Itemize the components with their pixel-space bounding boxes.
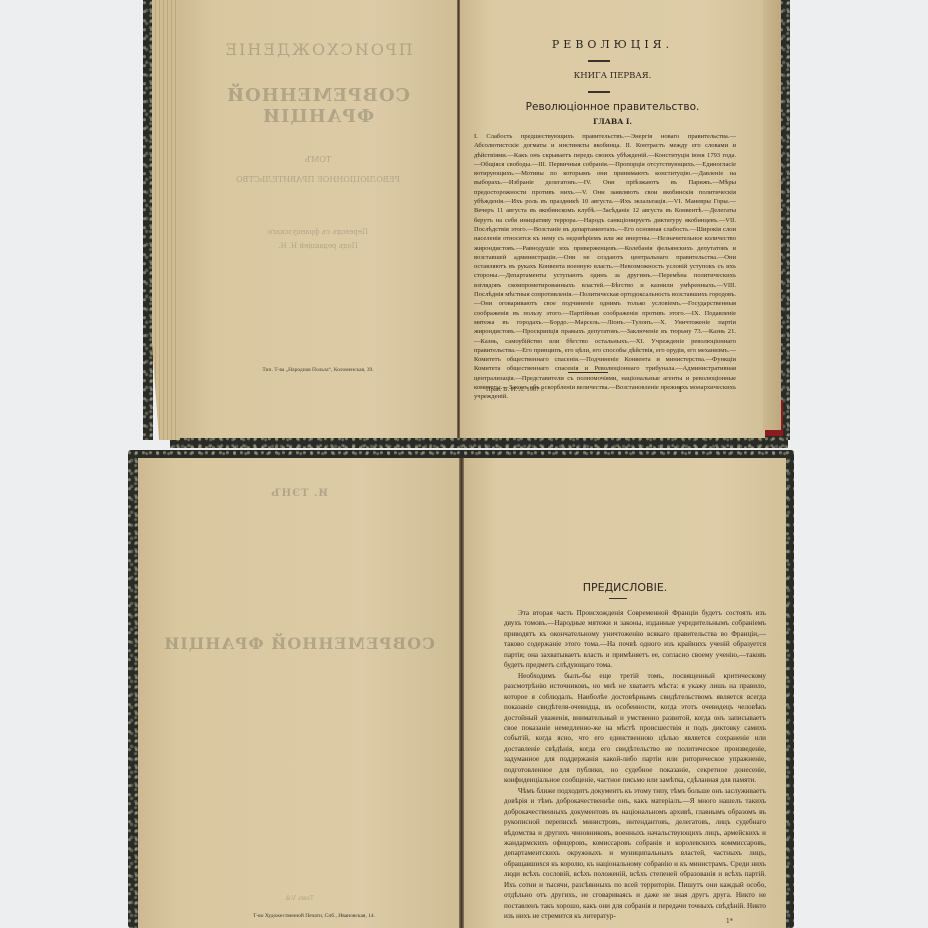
top-book-cover-right-edge	[780, 0, 790, 440]
ghost-title-line2: СОВРЕМЕННОЙ ФРАНЦІИ	[178, 85, 458, 127]
chapter-heading: ГЛАВА I.	[460, 117, 765, 126]
book-rule	[588, 91, 610, 93]
bottom-book-left-page: И. ТЭНЪ СОВРЕМЕННОЙ ФРАНЦІИ Томъ V-й. Т-…	[138, 458, 460, 928]
ghost-translation-2: Подъ редакціей Н. Н.	[178, 242, 458, 250]
chapter-summary: I. Слабость предшествующихъ правительств…	[474, 132, 736, 402]
page-title: РЕВОЛЮЦІЯ.	[460, 38, 765, 51]
footer-rule	[568, 372, 608, 373]
page-number: 1	[678, 386, 682, 394]
top-book-left-page: ПРОИСХОЖДЕНІЕ СОВРЕМЕННОЙ ФРАНЦІИ ТОМЪ Р…	[178, 0, 458, 438]
paragraph-2: Необходимъ былъ-бы еще третій томъ, посв…	[504, 671, 766, 786]
ghost-title: СОВРЕМЕННОЙ ФРАНЦІИ	[138, 634, 460, 653]
title-rule	[609, 598, 627, 599]
ghost-subtitle: РЕВОЛЮЦІОННОЕ ПРАВИТЕЛЬСТВО	[178, 175, 458, 184]
signature-mark: 1*	[726, 918, 733, 925]
ghost-volume: ТОМЪ	[178, 155, 458, 164]
printer-imprint: Тип. Т-ва „Народная Польза“, Коломенская…	[178, 367, 458, 373]
top-book-cover-left-edge	[143, 0, 153, 440]
bottom-book-right-page: ПРЕДИСЛОВІЕ. Эта вторая часть Происхожде…	[464, 458, 786, 928]
bottom-book: И. ТЭНЪ СОВРЕМЕННОЙ ФРАНЦІИ Томъ V-й. Т-…	[0, 448, 928, 928]
page-title: ПРЕДИСЛОВІЕ.	[464, 581, 786, 594]
signature-line: Прав. В. И. Л. 1907 г.	[486, 386, 545, 393]
top-book-page-edges-left	[152, 0, 180, 440]
ghost-title-line1: ПРОИСХОЖДЕНІЕ	[178, 40, 458, 59]
title-rule	[588, 60, 610, 62]
ghost-footer: Томъ V-й.	[138, 895, 460, 902]
preface-text: Эта вторая часть Происхожденія Современн…	[504, 608, 766, 922]
ghost-author: И. ТЭНЪ	[138, 488, 460, 499]
paragraph-1: Эта вторая часть Происхожденія Современн…	[504, 608, 766, 671]
top-book-right-page: РЕВОЛЮЦІЯ. КНИГА ПЕРВАЯ. Революціонное п…	[460, 0, 765, 438]
paragraph-3: Чѣмъ ближе подходитъ документъ къ этому …	[504, 786, 766, 922]
top-book-page-edges-right	[763, 0, 781, 430]
section-heading: Революціонное правительство.	[460, 101, 765, 113]
printer-imprint: Т-во Художественной Печати, Спб., Иванов…	[168, 913, 460, 919]
top-book: ПРОИСХОЖДЕНІЕ СОВРЕМЕННОЙ ФРАНЦІИ ТОМЪ Р…	[0, 0, 928, 450]
ghost-translation-1: Переводъ съ французскаго	[178, 228, 458, 236]
book-heading: КНИГА ПЕРВАЯ.	[460, 71, 765, 81]
